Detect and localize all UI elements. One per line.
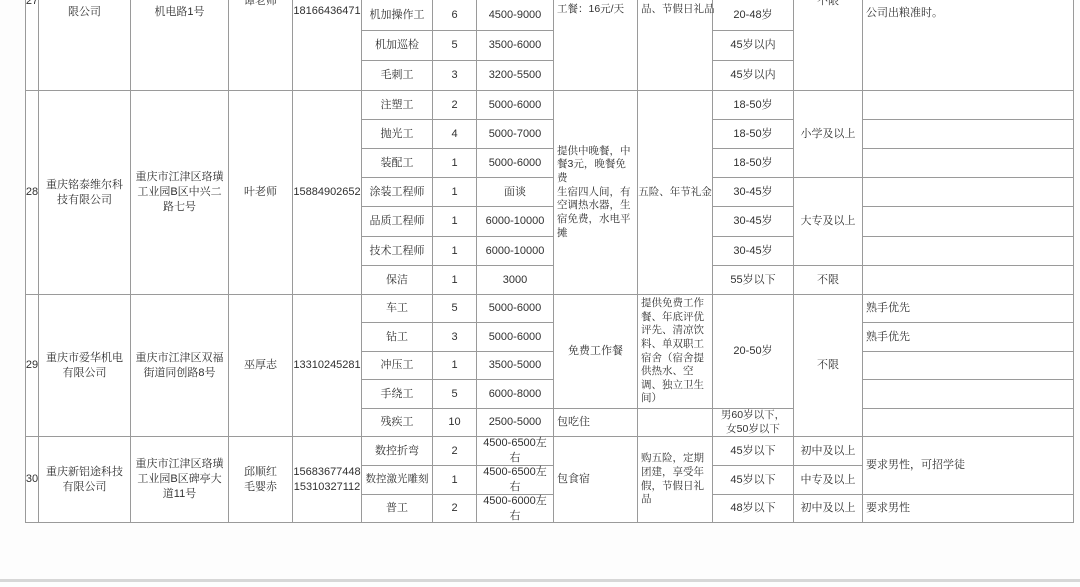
cell-salary: 3000	[477, 266, 554, 295]
cell-headcount: 1	[433, 352, 477, 380]
cell-headcount: 1	[433, 207, 477, 237]
cell-welfare-other: 提供免费工作餐、年底评优评先、清凉饮料、单双职工宿舍（宿舍提供热水、空调、独立卫…	[638, 295, 713, 409]
cell-headcount: 5	[433, 295, 477, 323]
cell-phone: 13310245281	[293, 295, 362, 437]
cell-note: 熟手优先	[863, 295, 1074, 323]
cell-job-title: 残疾工	[362, 409, 433, 437]
cell-salary: 6000-10000	[477, 207, 554, 237]
cell-company-name: 重庆铭泰维尔科技有限公司	[39, 91, 131, 295]
cell-job-title: 品质工程师	[362, 207, 433, 237]
cell-headcount: 2	[433, 437, 477, 466]
cell-salary: 3500-6000	[477, 31, 554, 61]
cell-job-title: 数控折弯	[362, 437, 433, 466]
cell-welfare-other	[638, 409, 713, 437]
cell-age-requirement: 18-50岁	[713, 91, 794, 120]
cell-education-requirement: 初中及以上	[794, 437, 863, 466]
cell-job-title: 抛光工	[362, 120, 433, 149]
cell-note	[863, 149, 1074, 178]
cell-headcount: 2	[433, 91, 477, 120]
cell-education-requirement: 初中及以上	[794, 495, 863, 523]
cell-job-title: 机加操作工	[362, 0, 433, 31]
cell-headcount: 1	[433, 266, 477, 295]
cell-age-requirement: 45岁以下	[713, 466, 794, 495]
cell-education-requirement: 小学及以上	[794, 91, 863, 178]
cell-address: 重庆市江津区珞璜工业园B区中兴二路七号	[131, 91, 229, 295]
cell-job-title: 手绕工	[362, 380, 433, 409]
cell-note	[863, 91, 1074, 120]
cell-age-requirement: 45岁以内	[713, 61, 794, 91]
cell-salary: 6000-10000	[477, 237, 554, 266]
cell-job-title: 技术工程师	[362, 237, 433, 266]
cell-note	[863, 380, 1074, 409]
cell-salary: 5000-6000	[477, 295, 554, 323]
cell-salary: 4500-9000	[477, 0, 554, 31]
cell-age-requirement: 男60岁以下，女50岁以下	[713, 409, 794, 437]
cell-headcount: 2	[433, 495, 477, 523]
cell-job-title: 钻工	[362, 323, 433, 352]
cell-age-requirement: 18-50岁	[713, 120, 794, 149]
cell-company-name: 重庆新铝途科技有限公司	[39, 437, 131, 523]
cell-headcount: 6	[433, 0, 477, 31]
cell-headcount: 1	[433, 466, 477, 495]
cell-job-title: 数控激光雕刻	[362, 466, 433, 495]
cell-phone: 15683677448 15310327112	[293, 437, 362, 523]
cell-salary: 4500-6500左右	[477, 437, 554, 466]
cell-note	[863, 352, 1074, 380]
cell-salary: 3200-5500	[477, 61, 554, 91]
cell-age-requirement: 20-48岁	[713, 0, 794, 31]
cell-headcount: 3	[433, 61, 477, 91]
cell-job-title: 车工	[362, 295, 433, 323]
cell-age-requirement: 30-45岁	[713, 207, 794, 237]
cell-welfare-other: 购五险，定期团建，享受年假，节假日礼品	[638, 437, 713, 523]
cell-welfare-meal: 提供中晚餐，中餐3元，晚餐免费 生宿四人间，有空调热水器，生宿免费，水电平摊	[554, 91, 638, 295]
cell-education-requirement: 不限	[794, 0, 863, 91]
cell-address: 重庆市江津区双福街道同创路8号	[131, 295, 229, 437]
cell-contact: 谭老师	[229, 0, 293, 91]
cell-job-title: 装配工	[362, 149, 433, 178]
cell-headcount: 5	[433, 31, 477, 61]
cell-note: 公司出粮准时。	[863, 0, 1074, 91]
cell-company-name: 限公司	[39, 0, 131, 91]
cell-salary: 面谈	[477, 178, 554, 207]
cell-welfare-meal: 工餐：16元/天	[554, 0, 638, 91]
cell-age-requirement: 18-50岁	[713, 149, 794, 178]
cell-education-requirement: 大专及以上	[794, 178, 863, 266]
cell-row-number: 28	[26, 91, 39, 295]
cell-contact: 巫厚志	[229, 295, 293, 437]
cell-address: 重庆市江津区珞璜工业园B区碑亭大道11号	[131, 437, 229, 523]
cell-note	[863, 237, 1074, 266]
cell-headcount: 1	[433, 178, 477, 207]
cell-age-requirement: 45岁以内	[713, 31, 794, 61]
cell-note	[863, 207, 1074, 237]
cell-welfare-other: 五险、年节礼金	[638, 91, 713, 295]
cell-welfare-other: 品、节假日礼品	[638, 0, 713, 91]
cell-note: 要求男性，可招学徒	[863, 437, 1074, 495]
table-row-company-28: 28 重庆铭泰维尔科技有限公司 重庆市江津区珞璜工业园B区中兴二路七号 叶老师 …	[26, 91, 1074, 295]
cell-salary: 5000-6000	[477, 91, 554, 120]
cell-age-requirement: 30-45岁	[713, 178, 794, 207]
image-bottom-edge	[0, 579, 1080, 582]
cell-contact: 邱顺红 毛婴赤	[229, 437, 293, 523]
cell-row-number: 29	[26, 295, 39, 437]
cell-education-requirement: 不限	[794, 266, 863, 295]
cell-job-title: 普工	[362, 495, 433, 523]
cell-age-requirement: 55岁以下	[713, 266, 794, 295]
cell-job-title: 注塑工	[362, 91, 433, 120]
cell-headcount: 1	[433, 149, 477, 178]
cell-headcount: 3	[433, 323, 477, 352]
cell-salary: 4500-6500左右	[477, 466, 554, 495]
cell-age-requirement: 30-45岁	[713, 237, 794, 266]
cell-contact: 叶老师	[229, 91, 293, 295]
cell-salary: 4500-6000左右	[477, 495, 554, 523]
cell-note	[863, 120, 1074, 149]
cell-row-number: 30	[26, 437, 39, 523]
cell-age-requirement: 45岁以下	[713, 437, 794, 466]
cell-job-title: 涂装工程师	[362, 178, 433, 207]
cell-salary: 5000-7000	[477, 120, 554, 149]
cell-job-title: 毛刺工	[362, 61, 433, 91]
cell-salary: 3500-5000	[477, 352, 554, 380]
recruitment-table: 27 限公司 机电路1号 谭老师 18166436471 机加操作工 机加巡检 …	[25, 0, 1074, 523]
cell-job-title: 保洁	[362, 266, 433, 295]
cell-salary: 5000-6000	[477, 323, 554, 352]
cell-note: 熟手优先	[863, 323, 1074, 352]
cell-welfare-meal: 免费工作餐	[554, 295, 638, 409]
cell-education-requirement: 中专及以上	[794, 466, 863, 495]
cell-headcount: 10	[433, 409, 477, 437]
cell-headcount: 5	[433, 380, 477, 409]
cell-education-requirement: 不限	[794, 295, 863, 437]
cell-job-title: 机加巡检	[362, 31, 433, 61]
cell-salary: 5000-6000	[477, 149, 554, 178]
cell-phone: 15884902652	[293, 91, 362, 295]
cell-salary: 6000-8000	[477, 380, 554, 409]
table-row-company-29: 29 重庆市爱华机电有限公司 重庆市江津区双福街道同创路8号 巫厚志 13310…	[26, 295, 1074, 437]
cell-headcount: 1	[433, 237, 477, 266]
cell-note	[863, 266, 1074, 295]
cell-note	[863, 178, 1074, 207]
cell-welfare-meal: 包食宿	[554, 437, 638, 523]
cell-salary: 2500-5000	[477, 409, 554, 437]
cell-welfare-meal: 包吃住	[554, 409, 638, 437]
cell-job-title: 冲压工	[362, 352, 433, 380]
table-row-company-27: 27 限公司 机电路1号 谭老师 18166436471 机加操作工 机加巡检 …	[26, 0, 1074, 91]
cell-row-number: 27	[26, 0, 39, 91]
cell-age-requirement: 20-50岁	[713, 295, 794, 409]
cell-note: 要求男性	[863, 495, 1074, 523]
table-row-company-30: 30 重庆新铝途科技有限公司 重庆市江津区珞璜工业园B区碑亭大道11号 邱顺红 …	[26, 437, 1074, 523]
cell-address: 机电路1号	[131, 0, 229, 91]
cell-note	[863, 409, 1074, 437]
cell-phone: 18166436471	[293, 0, 362, 91]
cell-age-requirement: 48岁以下	[713, 495, 794, 523]
cell-company-name: 重庆市爱华机电有限公司	[39, 295, 131, 437]
cell-headcount: 4	[433, 120, 477, 149]
